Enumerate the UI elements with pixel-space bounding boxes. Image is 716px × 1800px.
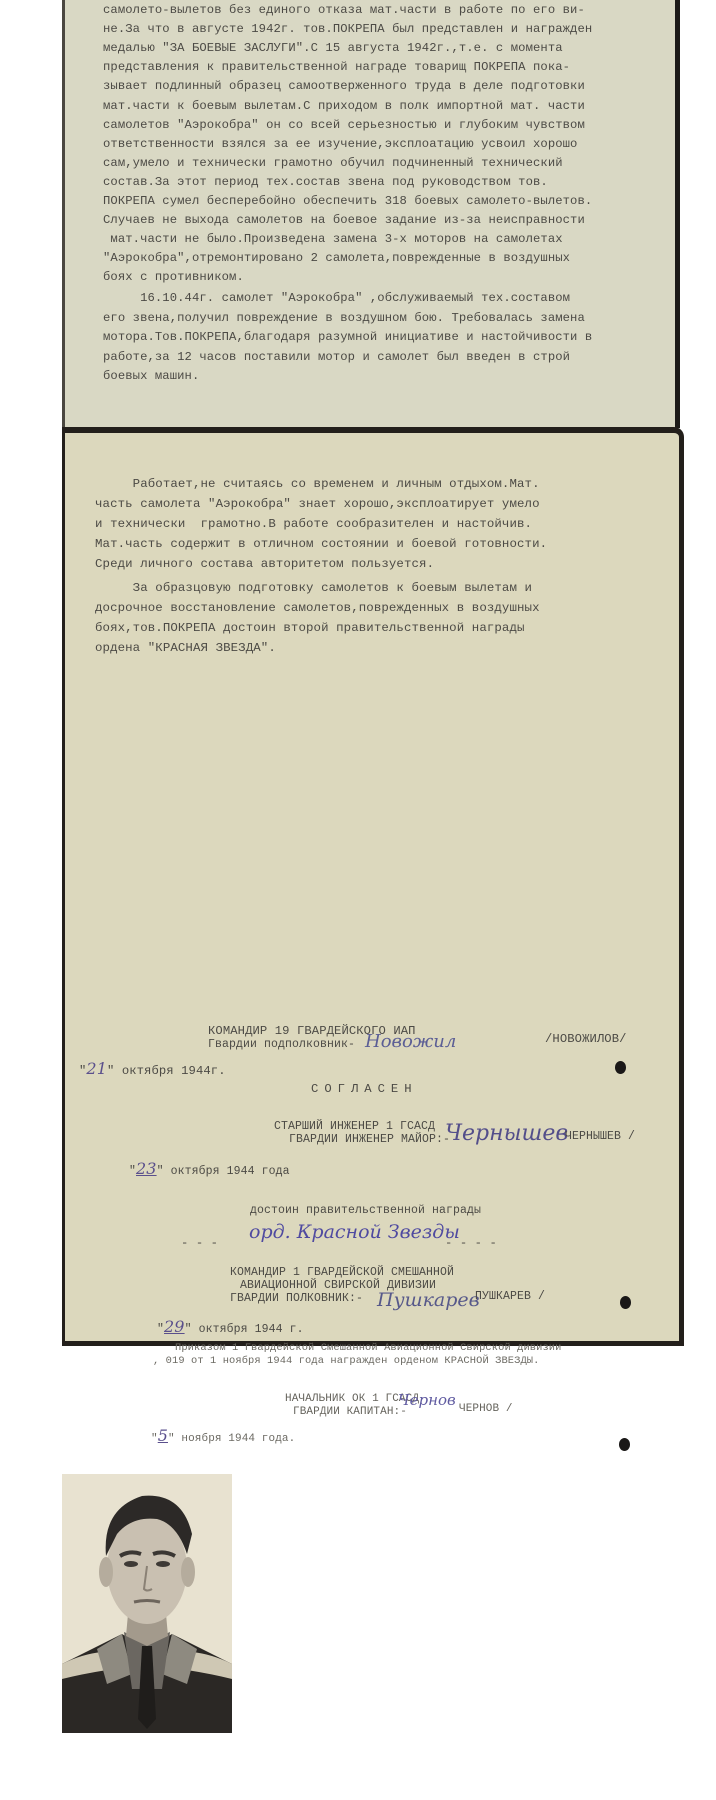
punch-hole-icon (615, 1061, 626, 1074)
worthy-label: достоин правительственной награды (250, 1201, 481, 1221)
engineer-name: ЧЕРНЫШЕВ / (565, 1127, 635, 1147)
commander2-rank: ГВАРДИИ ПОЛКОВНИК:- (230, 1289, 363, 1309)
typed-line: боях,тов.ПОКРЕПА достоин второй правител… (95, 618, 525, 638)
commander1-date-rest: октября 1944г. (122, 1064, 226, 1078)
typed-line: Случаев не выхода самолетов на боевое за… (103, 210, 585, 230)
typed-line: самолето-вылетов без единого отказа мат.… (103, 0, 585, 20)
commander2-date: "29" октября 1944 г. (157, 1317, 304, 1340)
punch-hole-icon (619, 1438, 630, 1451)
commander1-date-day: 21 (86, 1059, 107, 1078)
typed-line: ПОКРЕПА сумел бесперебойно обеспечить 31… (103, 191, 592, 211)
commander1-name: /НОВОЖИЛОВ/ (545, 1029, 627, 1049)
commander2-date-day: 29 (164, 1317, 185, 1336)
commander2-date-rest: октября 1944 г. (199, 1323, 304, 1336)
typed-line: досрочное восстановление самолетов,повре… (95, 598, 540, 618)
engineer-date-day: 23 (136, 1159, 157, 1178)
chief-signature: Чернов (398, 1391, 456, 1409)
document-page-1: самолето-вылетов без единого отказа мат.… (62, 0, 680, 428)
commander1-rank: Гвардии подполковник- (208, 1035, 355, 1055)
typed-line: и технически грамотно.В работе сообразит… (95, 514, 532, 534)
chief-date-rest: ноября 1944 года. (181, 1433, 295, 1445)
engineer-date: "23" октября 1944 года (129, 1159, 290, 1182)
portrait-photo (62, 1474, 232, 1733)
typed-line: мотора.Тов.ПОКРЕПА,благодаря разумной ин… (103, 327, 592, 347)
typed-line: Мат.часть содержит в отличном состоянии … (95, 534, 547, 554)
typed-line: Среди личного состава авторитетом пользу… (95, 554, 434, 574)
commander1-signature: Новожил (365, 1031, 456, 1052)
engineer-date-rest: октября 1944 года (171, 1165, 290, 1178)
award-handwritten: орд. Красной Звезды (249, 1221, 460, 1243)
typed-line: сам,умело и технически грамотно обучил п… (103, 153, 563, 173)
punch-hole-icon (620, 1296, 631, 1309)
typed-line: мат.части не было.Произведена замена 3-х… (103, 229, 563, 249)
typed-line: "Аэрокобра",отремонтировано 2 самолета,п… (103, 248, 570, 268)
typed-line: самолетов "Аэрокобра" он со всей серьезн… (103, 115, 585, 135)
typed-line: его звена,получил повреждение в воздушно… (103, 308, 585, 328)
typed-line: боевых машин. (103, 366, 199, 386)
typed-line: За образцовую подготовку самолетов к бое… (95, 578, 532, 598)
typed-line: не.За что в августе 1942г. тов.ПОКРЕПА б… (103, 19, 592, 39)
commander2-name: ПУШКАРЕВ / (475, 1287, 545, 1307)
chief-name: ЧЕРНОВ / (459, 1399, 513, 1419)
chief-rank: ГВАРДИИ КАПИТАН:- (293, 1402, 407, 1422)
typed-line: часть самолета "Аэрокобра" знает хорошо,… (95, 494, 540, 514)
document-page-2: Работает,не считаясь со временем и личны… (62, 427, 684, 1346)
typed-line: ответственности взялся за ее изучение,эк… (103, 134, 577, 154)
award-dashes-right: - - - - (445, 1233, 497, 1253)
typed-line: медалью "ЗА БОЕВЫЕ ЗАСЛУГИ".С 15 августа… (103, 38, 563, 58)
commander2-signature: Пушкарев (377, 1289, 480, 1311)
typed-line: мат.части к боевым вылетам.С приходом в … (103, 96, 585, 116)
typed-line: работе,за 12 часов поставили мотор и сам… (103, 347, 570, 367)
typed-line: представления к правительственной наград… (103, 57, 570, 77)
award-dashes-left: - - - (181, 1233, 218, 1253)
typed-line: боях с противником. (103, 267, 244, 287)
typed-line: состав.За этот период тех.состав звена п… (103, 172, 548, 192)
typed-line: Работает,не считаясь со временем и личны… (95, 474, 540, 494)
typed-line: 16.10.44г. самолет "Аэрокобра" ,обслужив… (103, 288, 570, 308)
engineer-signature: Чернышев (445, 1121, 568, 1146)
order-line2: , 019 от 1 ноября 1944 года награжден ор… (153, 1351, 539, 1371)
engineer-rank: ГВАРДИИ ИНЖЕНЕР МАЙОР:- (289, 1130, 450, 1150)
typed-line: ордена "КРАСНАЯ ЗВЕЗДА". (95, 638, 276, 658)
portrait-photo-image (62, 1474, 232, 1733)
commander1-date: "21" октября 1944г. (79, 1059, 226, 1081)
chief-date-day: 5 (158, 1426, 168, 1445)
typed-line: зывает подлинный образец самоотверженног… (103, 76, 585, 96)
chief-date: "5" ноября 1944 года. (151, 1426, 295, 1449)
agreed-heading: СОГЛАСЕН (311, 1079, 418, 1099)
